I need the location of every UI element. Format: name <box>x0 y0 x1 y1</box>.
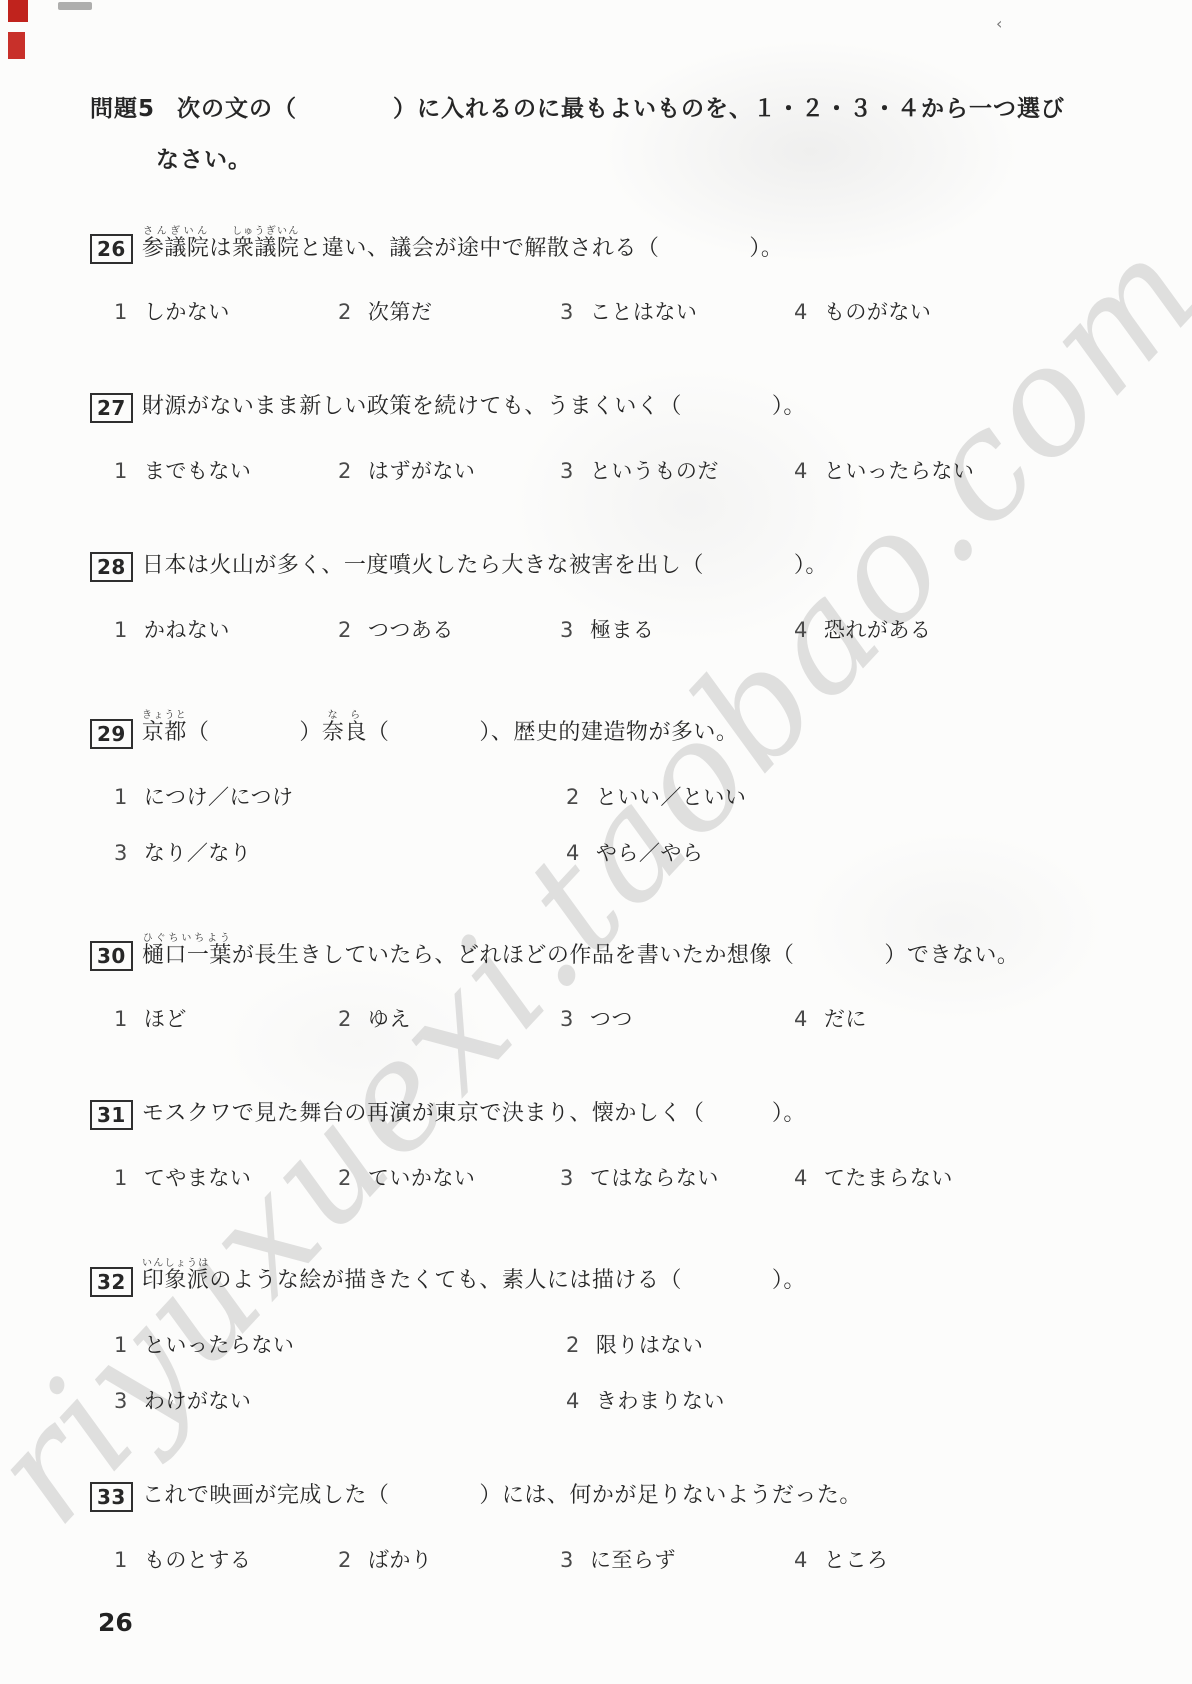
option-label: だに <box>824 1007 867 1031</box>
option-number: 4 <box>794 1548 808 1572</box>
option-number: 4 <box>794 459 808 483</box>
option-26-2: 2次第だ <box>338 296 560 326</box>
option-number: 3 <box>560 300 574 324</box>
question-text: 樋口一葉ひぐちいちようが長生きしていたら、どれほどの作品を書いたか想像（ ）でき… <box>142 933 1020 972</box>
option-31-2: 2ていかない <box>338 1162 560 1192</box>
option-label: につけ／につけ <box>144 785 294 809</box>
option-32-3: 3わけがない <box>114 1385 566 1415</box>
option-label: 恐れがある <box>824 618 932 642</box>
option-number: 4 <box>566 1389 580 1413</box>
option-27-3: 3というものだ <box>560 455 794 485</box>
option-number: 4 <box>794 300 808 324</box>
option-label: ゆえ <box>368 1007 411 1031</box>
question-number: 27 <box>90 393 133 423</box>
option-number: 4 <box>794 1007 808 1031</box>
option-label: てやまない <box>144 1166 252 1190</box>
question-number: 32 <box>90 1267 133 1297</box>
option-number: 4 <box>794 1166 808 1190</box>
option-31-4: 4てたまらない <box>794 1162 1110 1192</box>
option-number: 1 <box>114 459 128 483</box>
option-number: 1 <box>114 618 128 642</box>
option-29-3: 3なり／なり <box>114 837 566 867</box>
option-number: 3 <box>114 1389 128 1413</box>
option-number: 4 <box>566 841 580 865</box>
question-number: 28 <box>90 552 133 582</box>
option-label: というものだ <box>590 459 719 483</box>
option-30-4: 4だに <box>794 1003 1110 1033</box>
option-group: 1ものとする2ばかり3に至らず4ところ <box>114 1544 1110 1574</box>
option-number: 3 <box>560 618 574 642</box>
option-number: 3 <box>560 1166 574 1190</box>
option-26-1: 1しかない <box>114 296 338 326</box>
option-number: 2 <box>566 785 580 809</box>
option-number: 1 <box>114 1007 128 1031</box>
option-label: やら／やら <box>596 841 704 865</box>
option-label: ていかない <box>368 1166 476 1190</box>
option-group: 1までもない2はずがない3というものだ4といったらない <box>114 455 1110 485</box>
option-32-1: 1といったらない <box>114 1329 566 1359</box>
option-28-1: 1かねない <box>114 614 338 644</box>
option-number: 1 <box>114 300 128 324</box>
option-group: 1しかない2次第だ3ことはない4ものがない <box>114 296 1110 326</box>
option-label: に至らず <box>590 1548 676 1572</box>
section-header: 問題5次の文の（ ）に入れるのに最もよいものを、１・２・３・４から一つ選び <box>90 92 1110 127</box>
option-label: つつ <box>590 1007 633 1031</box>
page-number: 26 <box>98 1608 133 1637</box>
option-group: 1につけ／につけ2といい／といい3なり／なり4やら／やら <box>114 781 1110 867</box>
section-label: 問題5 <box>90 96 155 122</box>
option-group: 1といったらない2限りはない3わけがない4きわまりない <box>114 1329 1110 1415</box>
option-label: といったらない <box>824 459 975 483</box>
option-27-2: 2はずがない <box>338 455 560 485</box>
question-30: 30樋口一葉ひぐちいちようが長生きしていたら、どれほどの作品を書いたか想像（ ）… <box>90 933 1110 1034</box>
option-33-4: 4ところ <box>794 1544 1110 1574</box>
question-26: 26参議院さんぎいんは衆議院しゅうぎいんと違い、議会が途中で解散される（ ）。1… <box>90 226 1110 327</box>
question-31: 31モスクワで見た舞台の再演が東京で決まり、懐かしく（ ）。1てやまない2ていか… <box>90 1099 1110 1192</box>
option-label: ばかり <box>368 1548 433 1572</box>
option-group: 1ほど2ゆえ3つつ4だに <box>114 1003 1110 1033</box>
page-content: 問題5次の文の（ ）に入れるのに最もよいものを、１・２・３・４から一つ選び なさ… <box>90 92 1110 1640</box>
option-label: 限りはない <box>596 1333 704 1357</box>
option-label: きわまりない <box>596 1389 725 1413</box>
scan-artifact-mark: ‹ <box>996 14 1002 33</box>
scan-artifact-mark <box>58 2 92 10</box>
option-31-3: 3てはならない <box>560 1162 794 1192</box>
option-33-2: 2ばかり <box>338 1544 560 1574</box>
option-29-1: 1につけ／につけ <box>114 781 566 811</box>
question-text: モスクワで見た舞台の再演が東京で決まり、懐かしく（ ）。 <box>142 1099 806 1130</box>
option-label: といい／といい <box>596 785 747 809</box>
question-text: 日本は火山が多く、一度噴火したら大きな被害を出し（ ）。 <box>142 551 828 582</box>
option-27-1: 1までもない <box>114 455 338 485</box>
question-text: これで映画が完成した（ ）には、何かが足りないようだった。 <box>142 1481 862 1512</box>
option-label: てはならない <box>590 1166 719 1190</box>
option-number: 1 <box>114 1333 128 1357</box>
option-26-4: 4ものがない <box>794 296 1110 326</box>
option-label: ところ <box>824 1548 889 1572</box>
option-30-1: 1ほど <box>114 1003 338 1033</box>
question-text: 京都きょうと（ ）奈良なら（ ）、歴史的建造物が多い。 <box>142 710 739 749</box>
option-33-3: 3に至らず <box>560 1544 794 1574</box>
option-number: 1 <box>114 785 128 809</box>
option-label: までもない <box>144 459 252 483</box>
option-27-4: 4といったらない <box>794 455 1110 485</box>
scan-artifact-red <box>8 0 28 22</box>
option-29-2: 2といい／といい <box>566 781 1110 811</box>
question-list: 26参議院さんぎいんは衆議院しゅうぎいんと違い、議会が途中で解散される（ ）。1… <box>90 226 1110 1574</box>
option-group: 1かねない2つつある3極まる4恐れがある <box>114 614 1110 644</box>
question-text: 参議院さんぎいんは衆議院しゅうぎいんと違い、議会が途中で解散される（ ）。 <box>142 226 784 265</box>
option-30-2: 2ゆえ <box>338 1003 560 1033</box>
option-26-3: 3ことはない <box>560 296 794 326</box>
option-number: 3 <box>560 1007 574 1031</box>
option-number: 1 <box>114 1166 128 1190</box>
option-label: わけがない <box>144 1389 252 1413</box>
option-33-1: 1ものとする <box>114 1544 338 1574</box>
option-label: つつある <box>368 618 454 642</box>
option-number: 3 <box>560 1548 574 1572</box>
option-number: 4 <box>794 618 808 642</box>
option-label: 次第だ <box>368 300 433 324</box>
option-label: なり／なり <box>144 841 252 865</box>
option-29-4: 4やら／やら <box>566 837 1110 867</box>
option-label: 極まる <box>590 618 655 642</box>
question-text: 印象派いんしょうはのような絵が描きたくても、素人には描ける（ ）。 <box>142 1258 806 1297</box>
option-32-4: 4きわまりない <box>566 1385 1110 1415</box>
question-number: 30 <box>90 941 133 971</box>
question-29: 29京都きょうと（ ）奈良なら（ ）、歴史的建造物が多い。1につけ／につけ2とい… <box>90 710 1110 867</box>
question-number: 33 <box>90 1482 133 1512</box>
option-number: 2 <box>338 1007 352 1031</box>
scan-artifact-red <box>8 32 25 59</box>
option-label: かねない <box>144 618 230 642</box>
question-text: 財源がないまま新しい政策を続けても、うまくいく（ ）。 <box>142 392 806 423</box>
option-label: といったらない <box>144 1333 295 1357</box>
option-label: ものがない <box>824 300 932 324</box>
option-number: 1 <box>114 1548 128 1572</box>
option-label: てたまらない <box>824 1166 953 1190</box>
option-label: しかない <box>144 300 230 324</box>
option-number: 3 <box>560 459 574 483</box>
option-28-2: 2つつある <box>338 614 560 644</box>
question-number: 29 <box>90 719 133 749</box>
option-number: 3 <box>114 841 128 865</box>
option-label: ものとする <box>144 1548 252 1572</box>
option-number: 2 <box>338 459 352 483</box>
option-number: 2 <box>338 1166 352 1190</box>
option-number: 2 <box>338 300 352 324</box>
option-28-3: 3極まる <box>560 614 794 644</box>
section-instruction: 次の文の（ ）に入れるのに最もよいものを、１・２・３・４から一つ選び <box>177 96 1065 122</box>
option-28-4: 4恐れがある <box>794 614 1110 644</box>
option-label: はずがない <box>368 459 476 483</box>
section-instruction-line2: なさい。 <box>156 141 1110 174</box>
option-group: 1てやまない2ていかない3てはならない4てたまらない <box>114 1162 1110 1192</box>
question-number: 26 <box>90 234 133 264</box>
option-30-3: 3つつ <box>560 1003 794 1033</box>
question-33: 33これで映画が完成した（ ）には、何かが足りないようだった。1ものとする2ばか… <box>90 1481 1110 1574</box>
option-label: ほど <box>144 1007 187 1031</box>
question-28: 28日本は火山が多く、一度噴火したら大きな被害を出し（ ）。1かねない2つつある… <box>90 551 1110 644</box>
option-number: 2 <box>338 618 352 642</box>
question-number: 31 <box>90 1100 133 1130</box>
option-31-1: 1てやまない <box>114 1162 338 1192</box>
option-number: 2 <box>566 1333 580 1357</box>
question-32: 32印象派いんしょうはのような絵が描きたくても、素人には描ける（ ）。1といった… <box>90 1258 1110 1415</box>
option-number: 2 <box>338 1548 352 1572</box>
question-27: 27財源がないまま新しい政策を続けても、うまくいく（ ）。1までもない2はずがな… <box>90 392 1110 485</box>
option-32-2: 2限りはない <box>566 1329 1110 1359</box>
option-label: ことはない <box>590 300 698 324</box>
